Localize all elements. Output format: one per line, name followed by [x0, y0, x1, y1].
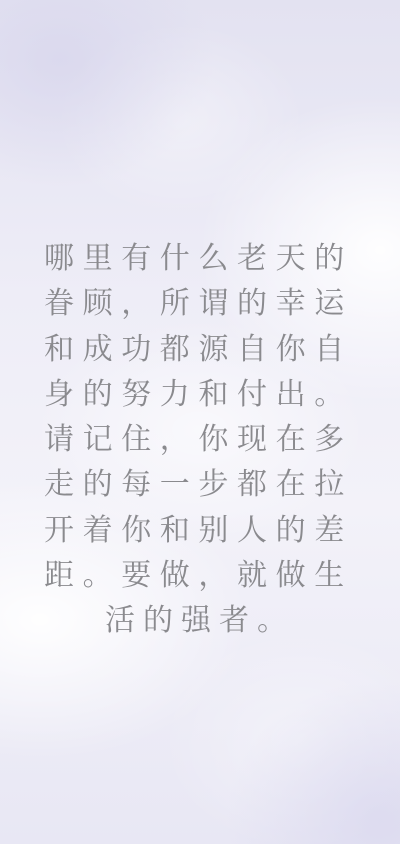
quote-line-2: 眷顾，所谓的幸运 — [0, 281, 400, 326]
quote-line-5: 请记住，你现在多 — [0, 417, 400, 462]
quote-line-7: 开着你和别人的差 — [0, 508, 400, 553]
quote-line-6: 走的每一步都在拉 — [0, 462, 400, 507]
quote-line-1: 哪里有什么老天的 — [0, 236, 400, 281]
quote-line-4: 身的努力和付出。 — [0, 372, 400, 417]
quote-line-3: 和成功都源自你自 — [0, 327, 400, 372]
quote-text-block: 哪里有什么老天的 眷顾，所谓的幸运 和成功都源自你自 身的努力和付出。 请记住，… — [0, 236, 400, 644]
quote-line-8: 距。要做，就做生 — [0, 553, 400, 598]
quote-line-9: 活的强者。 — [0, 598, 400, 643]
